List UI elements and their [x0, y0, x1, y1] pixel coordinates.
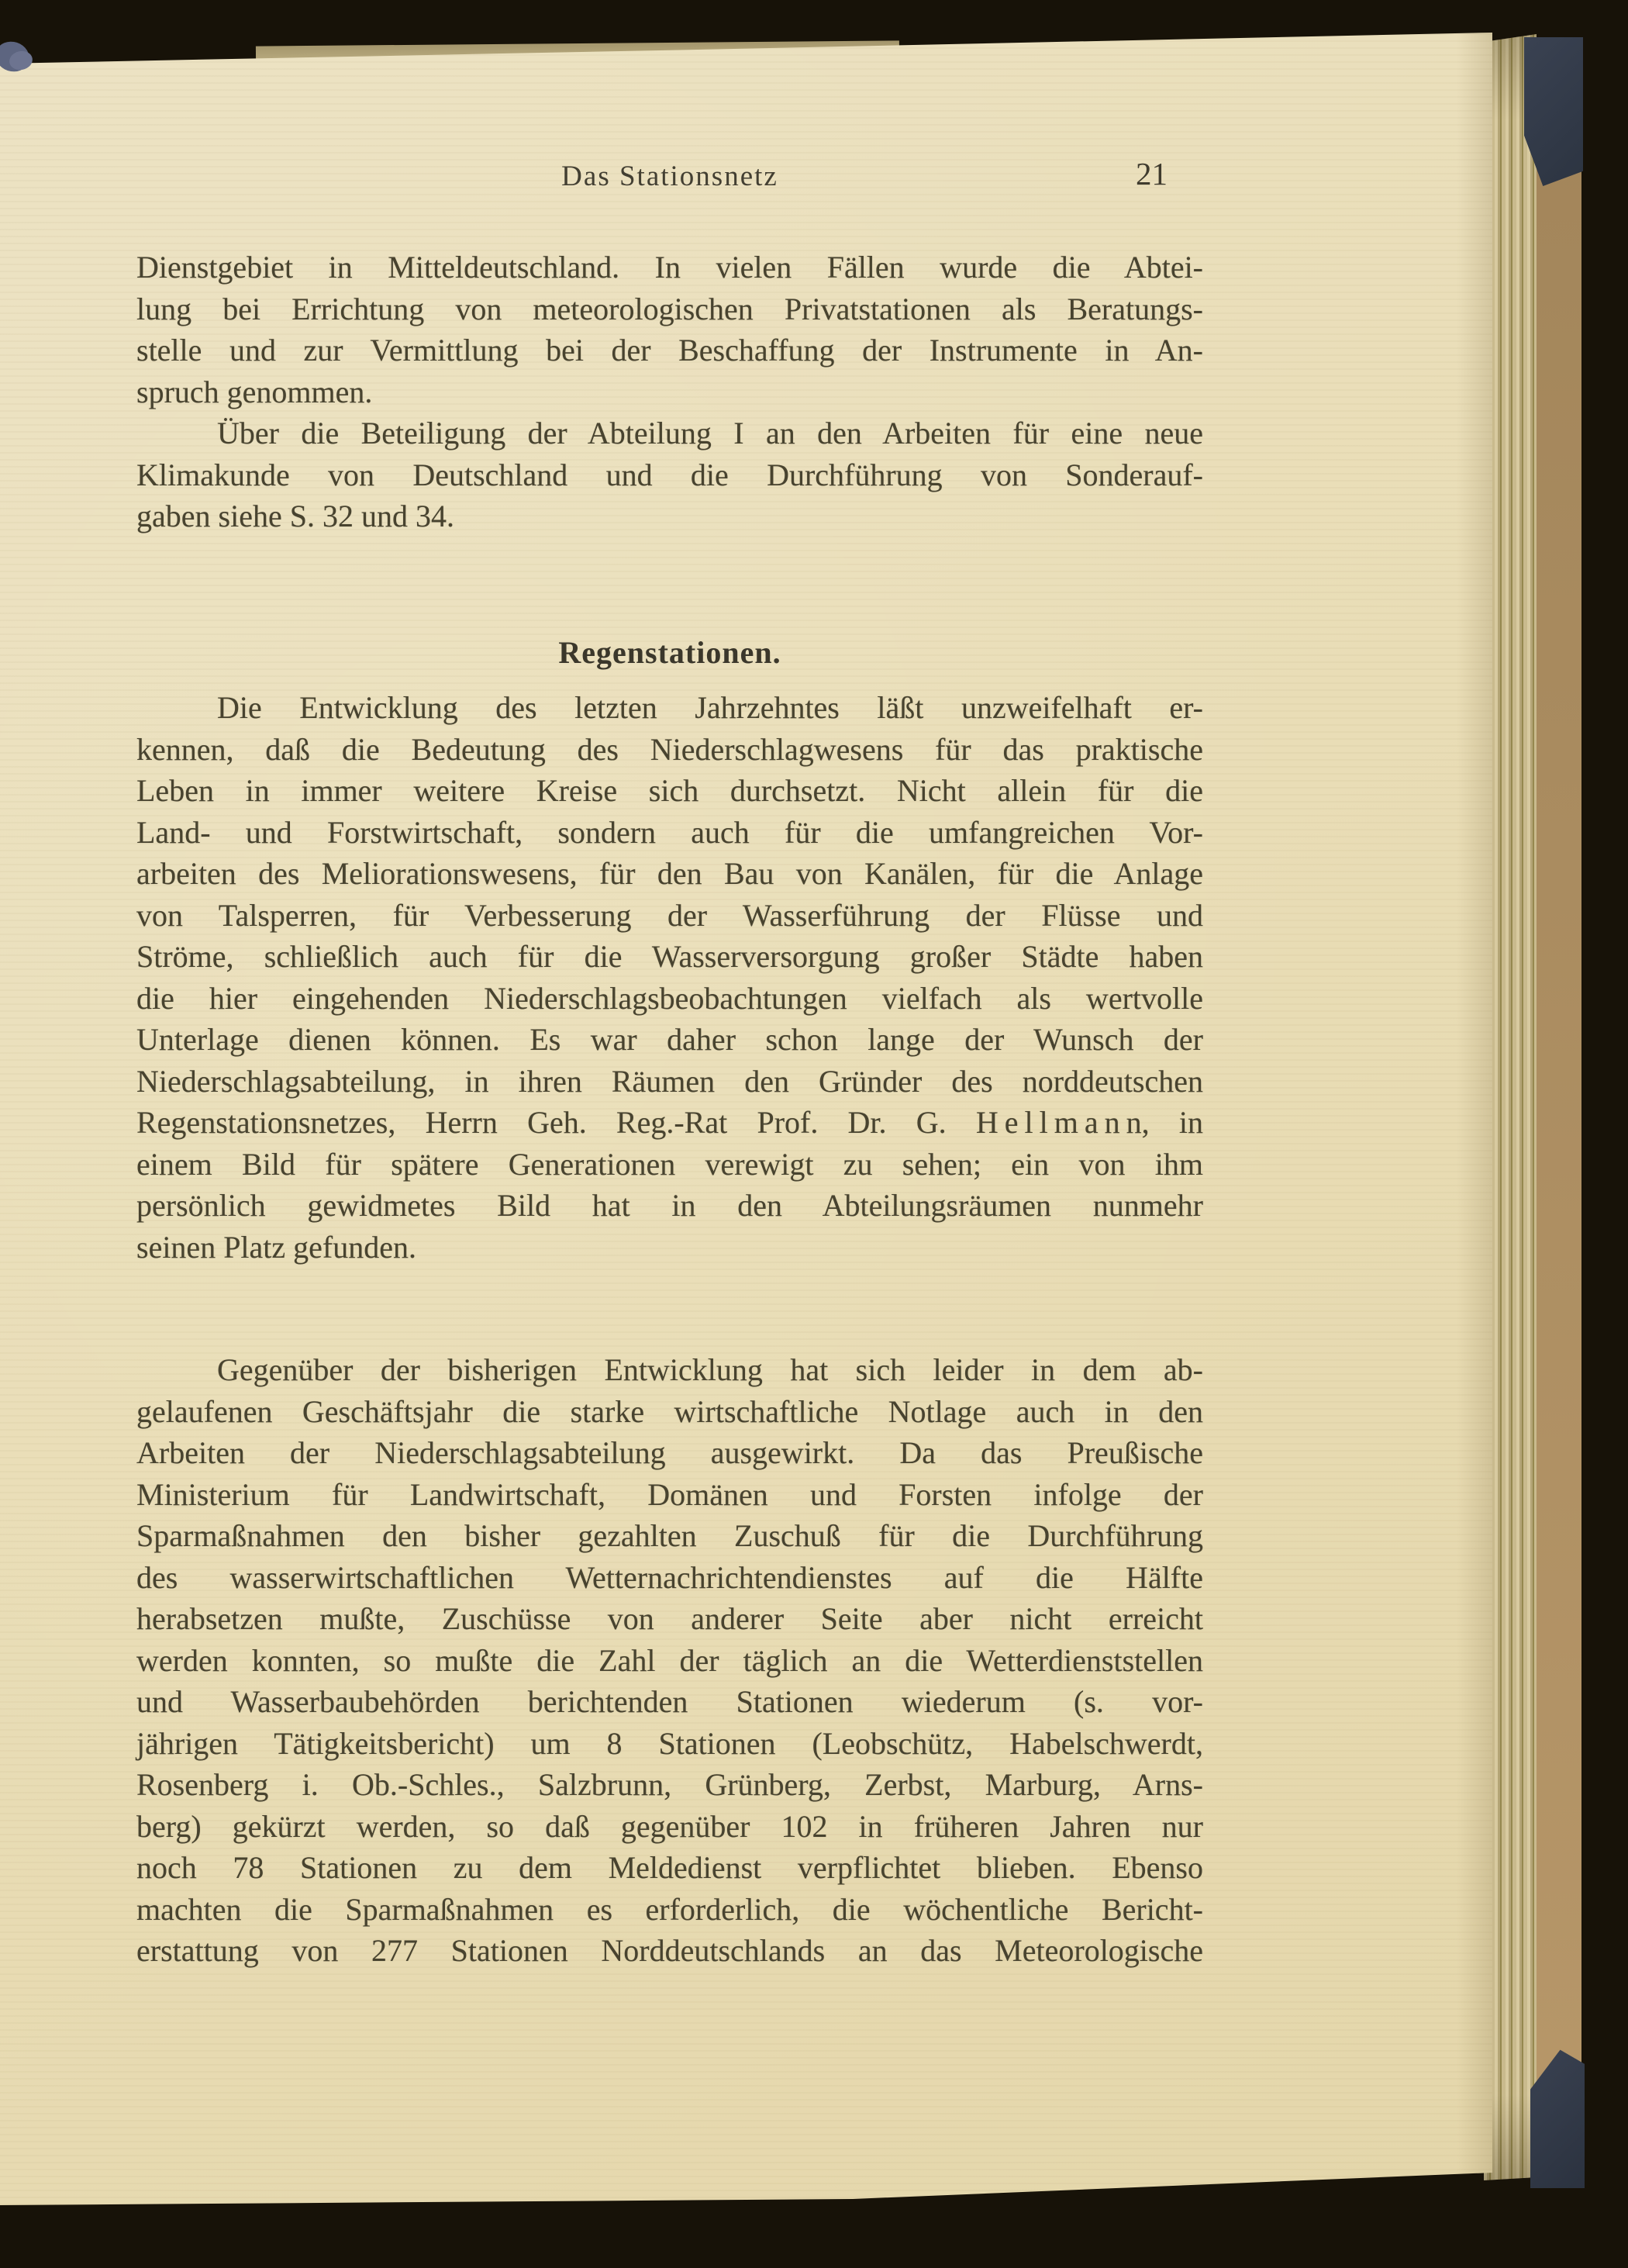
page-number: 21 — [1136, 155, 1168, 192]
text-line: werden konnten, so mußte die Zahl der tä… — [136, 1640, 1203, 1682]
paragraph: Die Entwicklung des letzten Jahrzehntes … — [136, 687, 1203, 1268]
text-line: herabsetzen mußte, Zuschüsse von anderer… — [136, 1598, 1203, 1640]
running-head-title: Das Stationsnetz — [136, 160, 1203, 193]
text-line: Klimakunde von Deutschland und die Durch… — [136, 454, 1203, 496]
text-line: des wasserwirtschaftlichen Wetternachric… — [136, 1557, 1203, 1599]
text-line: jährigen Tätigkeitsbericht) um 8 Station… — [136, 1723, 1203, 1765]
book-cover-edge — [1537, 37, 1581, 2188]
text-line: Land- und Forstwirtschaft, sondern auch … — [136, 812, 1203, 854]
text-line: gelaufenen Geschäftsjahr die starke wirt… — [136, 1391, 1203, 1433]
text-line: seinen Platz gefunden. — [136, 1227, 1203, 1269]
text-line: Unterlage dienen können. Es war daher sc… — [136, 1019, 1203, 1061]
text-line: Sparmaßnahmen den bisher gezahlten Zusch… — [136, 1515, 1203, 1557]
text-line: Ströme, schließlich auch für die Wasserv… — [136, 936, 1203, 978]
text-line: berg) gekürzt werden, so daß gegenüber 1… — [136, 1806, 1203, 1848]
text-line: Die Entwicklung des letzten Jahrzehntes … — [136, 687, 1203, 729]
cover-corner-bottom — [1530, 2047, 1585, 2188]
section-heading: Regenstationen. — [136, 634, 1203, 671]
page-gutter-shadow — [1457, 0, 1492, 2268]
text-line: Niederschlagsabteilung, in ihren Räumen … — [136, 1061, 1203, 1103]
text-line: Gegenüber der bisherigen Entwicklung hat… — [136, 1349, 1203, 1391]
paragraph: Dienstgebiet in Mitteldeutschland. In vi… — [136, 247, 1203, 413]
text-line: Leben in immer weitere Kreise sich durch… — [136, 770, 1203, 812]
text-line: lung bei Errichtung von meteorologischen… — [136, 288, 1203, 330]
text-line: spruch genommen. — [136, 371, 1203, 413]
paragraph: Über die Beteiligung der Abteilung I an … — [136, 413, 1203, 537]
text-line: erstattung von 277 Stationen Norddeutsch… — [136, 1930, 1203, 1972]
text-line: stelle und zur Vermittlung bei der Besch… — [136, 330, 1203, 371]
scanned-book-photo: Das Stationsnetz 21 Dienstgebiet in Mitt… — [0, 0, 1628, 2268]
text-line: Regenstationsnetzes, Herrn Geh. Reg.-Rat… — [136, 1102, 1203, 1144]
text-line: machten die Sparmaßnahmen es erforderlic… — [136, 1889, 1203, 1931]
text-line: Dienstgebiet in Mitteldeutschland. In vi… — [136, 247, 1203, 288]
text-line: von Talsperren, für Verbesserung der Was… — [136, 895, 1203, 937]
text-line: Rosenberg i. Ob.-Schles., Salzbrunn, Grü… — [136, 1764, 1203, 1806]
text-line: Ministerium für Landwirtschaft, Domänen … — [136, 1474, 1203, 1516]
text-line: einem Bild für spätere Generationen vere… — [136, 1144, 1203, 1186]
paragraph: Gegenüber der bisherigen Entwicklung hat… — [136, 1349, 1203, 1972]
text-line: und Wasserbaubehörden berichtenden Stati… — [136, 1681, 1203, 1723]
text-line: die hier eingehenden Niederschlagsbeobac… — [136, 978, 1203, 1020]
text-line: kennen, daß die Bedeutung des Niederschl… — [136, 729, 1203, 771]
text-line: persönlich gewidmetes Bild hat in den Ab… — [136, 1185, 1203, 1227]
text-line: noch 78 Stationen zu dem Meldedienst ver… — [136, 1847, 1203, 1889]
text-line: gaben siehe S. 32 und 34. — [136, 495, 1203, 537]
text-line: Über die Beteiligung der Abteilung I an … — [136, 413, 1203, 454]
printed-text-block: Das Stationsnetz 21 Dienstgebiet in Mitt… — [136, 0, 1203, 2268]
text-line: Arbeiten der Niederschlagsabteilung ausg… — [136, 1432, 1203, 1474]
text-line: arbeiten des Meliorationswesens, für den… — [136, 853, 1203, 895]
